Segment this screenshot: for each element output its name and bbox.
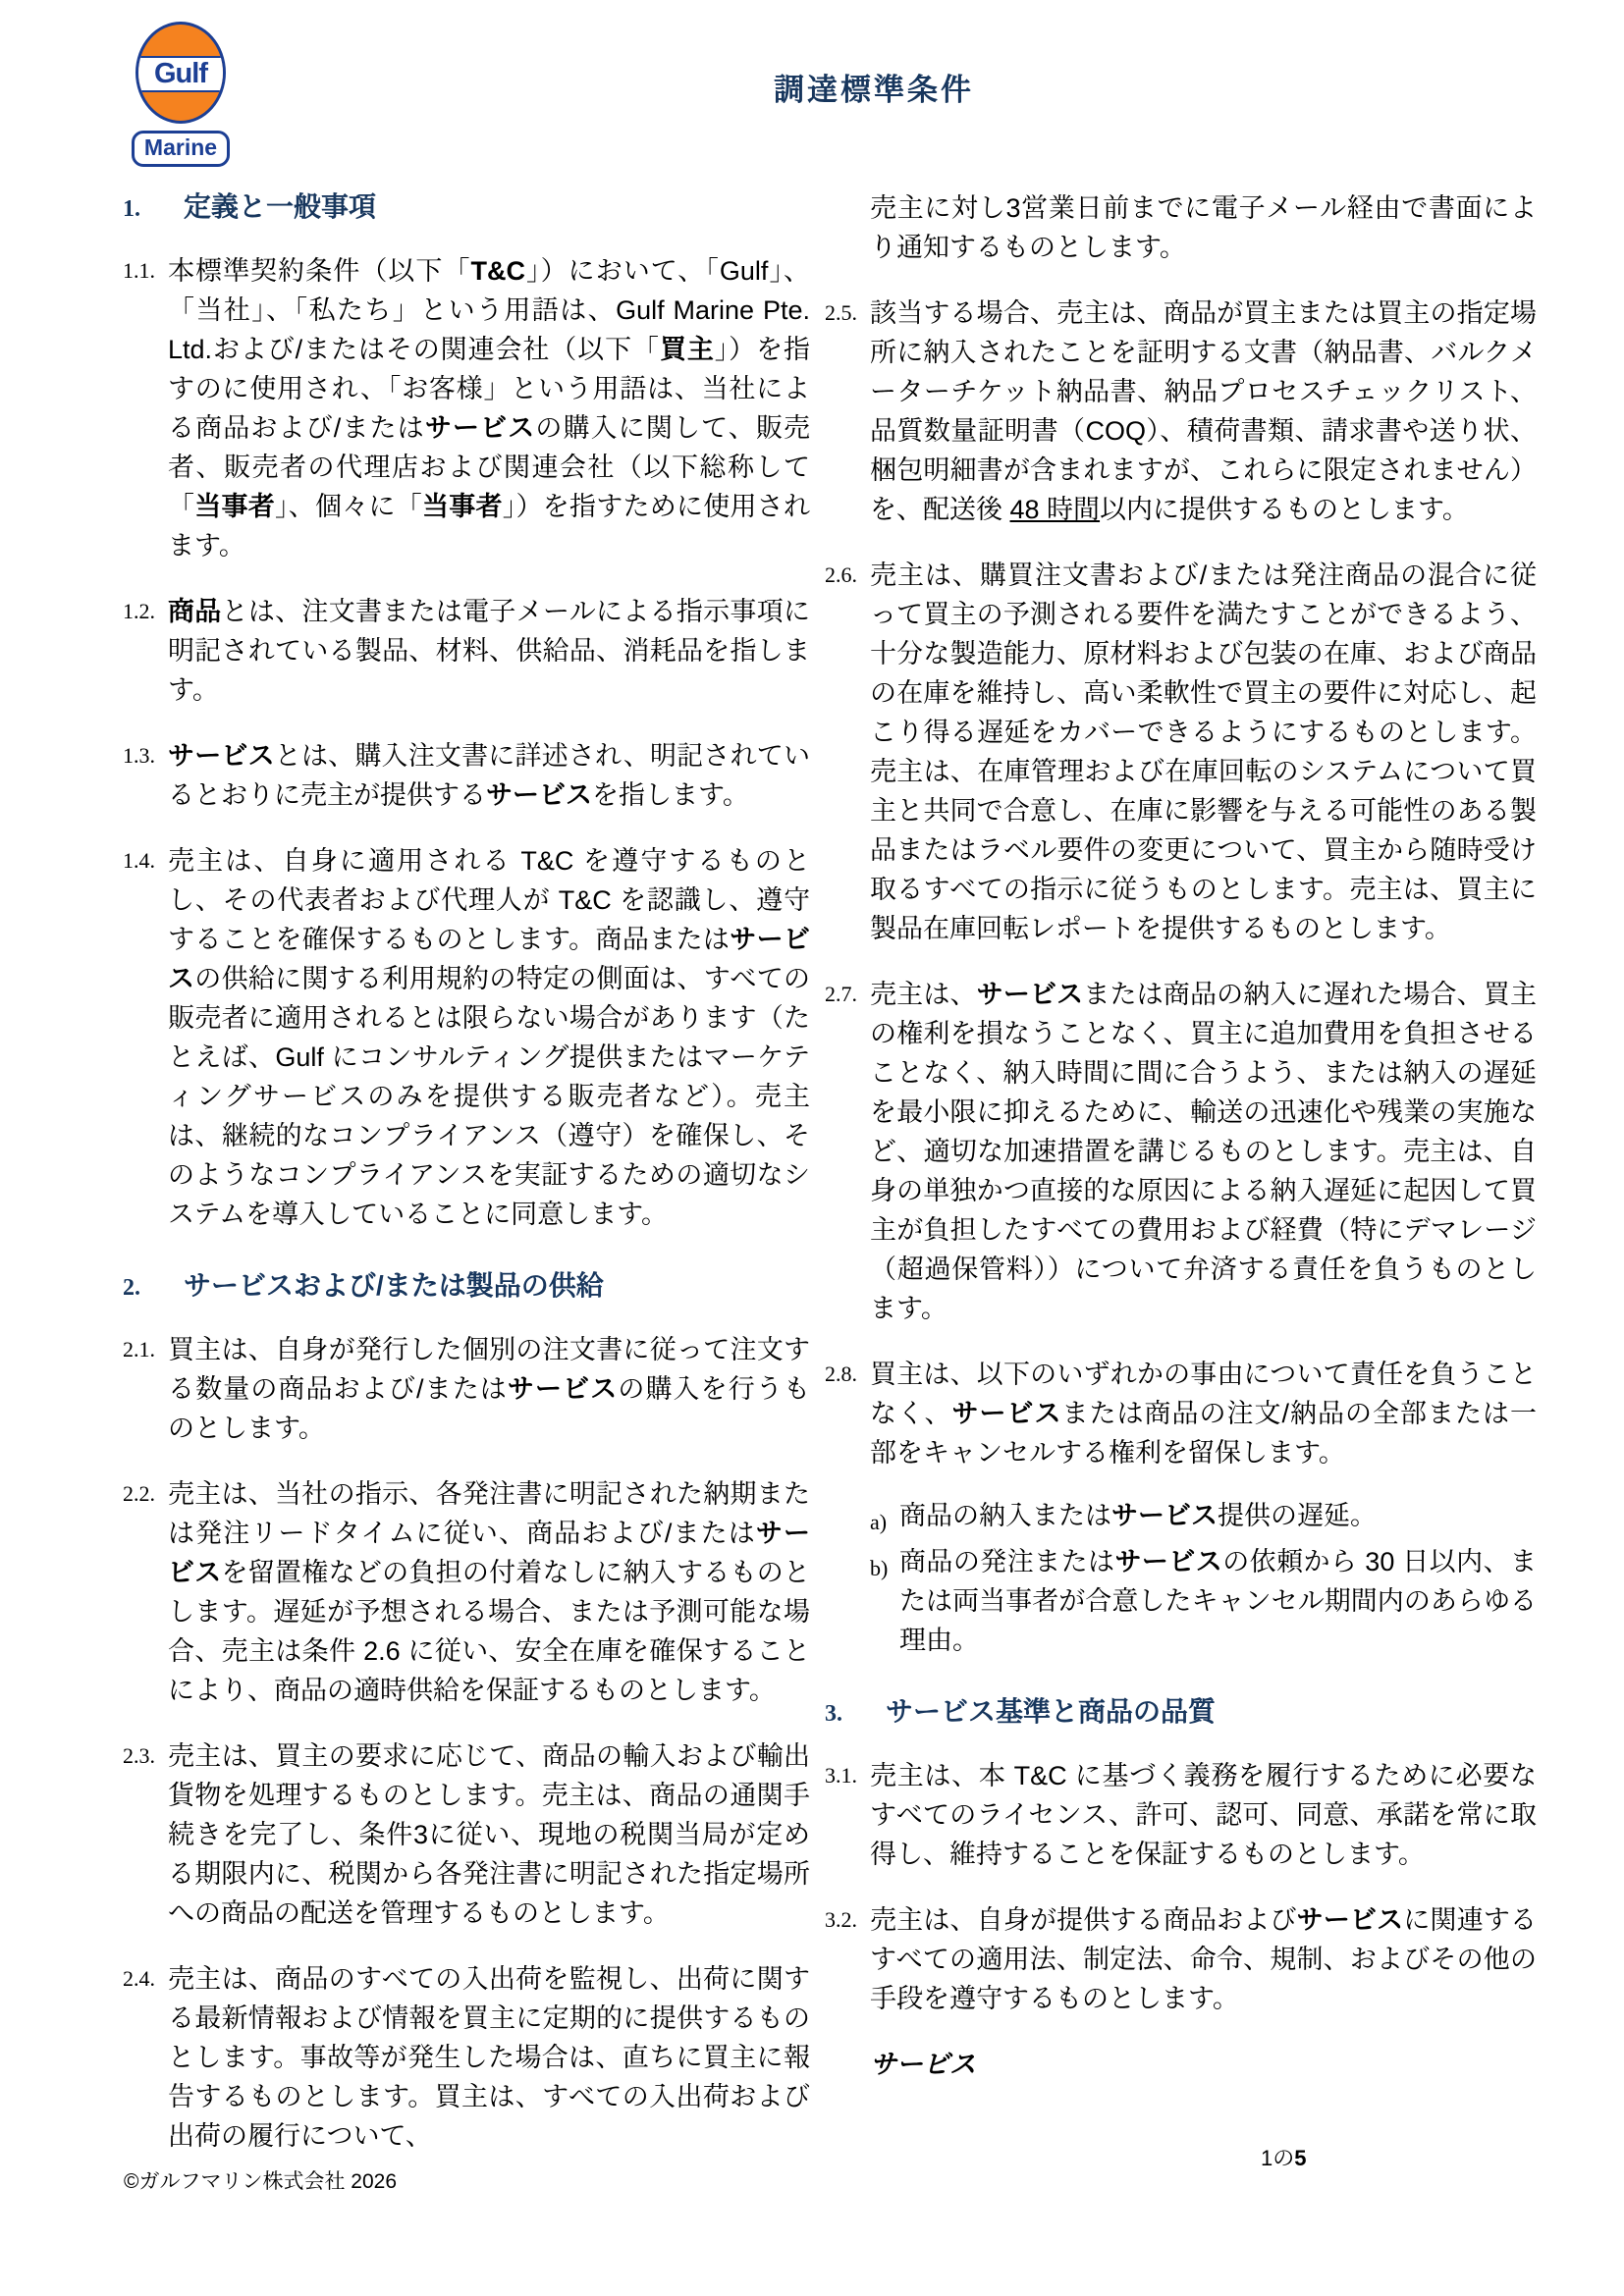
document-page: Gulf Marine 調達標準条件 1. 定義と一般事項 1.1. 本標準契約… xyxy=(0,0,1624,2296)
clause-body: 売主は、購買注文書および/または発注商品の混合に従って買主の予測される要件を満た… xyxy=(870,556,1537,948)
clause-number: 2.1. xyxy=(123,1330,168,1448)
section-title: サービス基準と商品の品質 xyxy=(886,1693,1216,1733)
clause-2-8-sublist: a) 商品の納入またはサービス提供の遅延。 b) 商品の発注またはサービスの依頼… xyxy=(870,1496,1537,1660)
clause-2-5: 2.5. 該当する場合、売主は、商品が買主または買主の指定場所に納入されたことを… xyxy=(825,294,1537,529)
section-title: 定義と一般事項 xyxy=(184,188,376,228)
clause-2-3: 2.3. 売主は、買主の要求に応じて、商品の輸入および輸出貨物を処理するものとし… xyxy=(123,1736,810,1933)
clause-2-4: 2.4. 売主は、商品のすべての入出荷を監視し、出荷に関する最新情報および情報を… xyxy=(123,1959,810,2156)
clause-body: 売主は、サービスまたは商品の納入に遅れた場合、買主の権利を損なうことなく、買主に… xyxy=(870,975,1537,1328)
clause-2-1: 2.1. 買主は、自身が発行した個別の注文書に従って注文する数量の商品および/ま… xyxy=(123,1330,810,1448)
document-title: 調達標準条件 xyxy=(774,65,974,109)
clause-number: 2.3. xyxy=(123,1736,168,1933)
clause-body: 売主は、本 T&C に基づく義務を履行するために必要なすべてのライセンス、許可、… xyxy=(870,1756,1537,1874)
clause-1-4: 1.4. 売主は、自身に適用される T&C を遵守するものとし、その代表者および… xyxy=(123,841,810,1234)
document-body: 1. 定義と一般事項 1.1. 本標準契約条件（以下「T&C」）において、「Gu… xyxy=(123,188,1537,2182)
clause-number: 1.1. xyxy=(123,251,168,565)
clause-number: 2.4. xyxy=(123,1959,168,2156)
right-column: 売主に対し3営業日前までに電子メール経由で書面により通知するものとします。 2.… xyxy=(825,188,1537,2182)
section-1-heading: 1. 定義と一般事項 xyxy=(123,188,810,228)
clause-body: 売主は、自身に適用される T&C を遵守するものとし、その代表者および代理人が … xyxy=(168,841,810,1234)
section-2-heading: 2. サービスおよび/または製品の供給 xyxy=(123,1267,810,1307)
subclause-a: a) 商品の納入またはサービス提供の遅延。 xyxy=(870,1496,1537,1542)
clause-number: 1.2. xyxy=(123,592,168,710)
section-3-heading: 3. サービス基準と商品の品質 xyxy=(825,1693,1537,1733)
section-number: 1. xyxy=(123,188,184,228)
clause-number: 2.8. xyxy=(825,1355,870,1660)
subclause-b: b) 商品の発注またはサービスの依頼から 30 日以内、または両当事者が合意した… xyxy=(870,1542,1537,1660)
clause-number: 2.2. xyxy=(123,1474,168,1710)
clause-number: 2.7. xyxy=(825,975,870,1328)
clause-number: 3.2. xyxy=(825,1900,870,2018)
clause-number: 2.6. xyxy=(825,556,870,948)
gulf-marine-logo: Gulf Marine xyxy=(124,22,238,167)
clause-body: 売主は、当社の指示、各発注書に明記された納期または発注リードタイムに従い、商品お… xyxy=(168,1474,810,1710)
copyright-notice: ©ガルフマリン株式会社 2026 xyxy=(124,2165,397,2195)
clause-2-4-continuation: 売主に対し3営業日前までに電子メール経由で書面により通知するものとします。 xyxy=(870,188,1537,267)
clause-body: サービスとは、購入注文書に詳述され、明記されているとおりに売主が提供するサービス… xyxy=(168,736,810,815)
clause-2-6: 2.6. 売主は、購買注文書および/または発注商品の混合に従って買主の予測される… xyxy=(825,556,1537,948)
gulf-logo-disc-icon: Gulf xyxy=(135,22,226,124)
clause-body: 買主は、自身が発行した個別の注文書に従って注文する数量の商品および/またはサービ… xyxy=(168,1330,810,1448)
marine-badge: Marine xyxy=(132,131,230,167)
section-title: サービスおよび/または製品の供給 xyxy=(184,1267,604,1307)
subclause-marker: b) xyxy=(870,1542,899,1660)
clause-body: 売主は、商品のすべての入出荷を監視し、出荷に関する最新情報および情報を買主に定期… xyxy=(168,1959,810,2156)
clause-body: 買主は、以下のいずれかの事由について責任を負うことなく、サービスまたは商品の注文… xyxy=(870,1355,1537,1660)
clause-3-1: 3.1. 売主は、本 T&C に基づく義務を履行するために必要なすべてのライセン… xyxy=(825,1756,1537,1874)
clause-body: 売主は、自身が提供する商品およびサービスに関連するすべての適用法、制定法、命令、… xyxy=(870,1900,1537,2018)
gulf-logo-band: Gulf xyxy=(135,56,226,92)
page-number: 1の5 xyxy=(1261,2142,1307,2172)
section-number: 2. xyxy=(123,1267,184,1307)
clause-intro: 買主は、以下のいずれかの事由について責任を負うことなく、サービスまたは商品の注文… xyxy=(870,1355,1537,1472)
services-subheading: サービス xyxy=(870,2045,1537,2084)
clause-body: 該当する場合、売主は、商品が買主または買主の指定場所に納入されたことを証明する文… xyxy=(870,294,1537,529)
clause-body: 売主は、買主の要求に応じて、商品の輸入および輸出貨物を処理するものとします。売主… xyxy=(168,1736,810,1933)
clause-2-8: 2.8. 買主は、以下のいずれかの事由について責任を負うことなく、サービスまたは… xyxy=(825,1355,1537,1660)
clause-body: 商品とは、注文書または電子メールによる指示事項に明記されている製品、材料、供給品… xyxy=(168,592,810,710)
clause-1-3: 1.3. サービスとは、購入注文書に詳述され、明記されているとおりに売主が提供す… xyxy=(123,736,810,815)
clause-1-2: 1.2. 商品とは、注文書または電子メールによる指示事項に明記されている製品、材… xyxy=(123,592,810,710)
subclause-body: 商品の納入またはサービス提供の遅延。 xyxy=(899,1496,1537,1542)
clause-number: 1.3. xyxy=(123,736,168,815)
gulf-logo-wordmark: Gulf xyxy=(154,60,207,88)
clause-2-2: 2.2. 売主は、当社の指示、各発注書に明記された納期または発注リードタイムに従… xyxy=(123,1474,810,1710)
clause-number: 2.5. xyxy=(825,294,870,529)
subclause-body: 商品の発注またはサービスの依頼から 30 日以内、または両当事者が合意したキャン… xyxy=(899,1542,1537,1660)
left-column: 1. 定義と一般事項 1.1. 本標準契約条件（以下「T&C」）において、「Gu… xyxy=(123,188,810,2182)
clause-2-7: 2.7. 売主は、サービスまたは商品の納入に遅れた場合、買主の権利を損なうことな… xyxy=(825,975,1537,1328)
clause-body: 本標準契約条件（以下「T&C」）において、「Gulf」、「当社」、「私たち」とい… xyxy=(168,251,810,565)
clause-1-1: 1.1. 本標準契約条件（以下「T&C」）において、「Gulf」、「当社」、「私… xyxy=(123,251,810,565)
section-number: 3. xyxy=(825,1693,886,1733)
clause-number: 3.1. xyxy=(825,1756,870,1874)
subclause-marker: a) xyxy=(870,1496,899,1542)
clause-number: 1.4. xyxy=(123,841,168,1234)
clause-3-2: 3.2. 売主は、自身が提供する商品およびサービスに関連するすべての適用法、制定… xyxy=(825,1900,1537,2018)
